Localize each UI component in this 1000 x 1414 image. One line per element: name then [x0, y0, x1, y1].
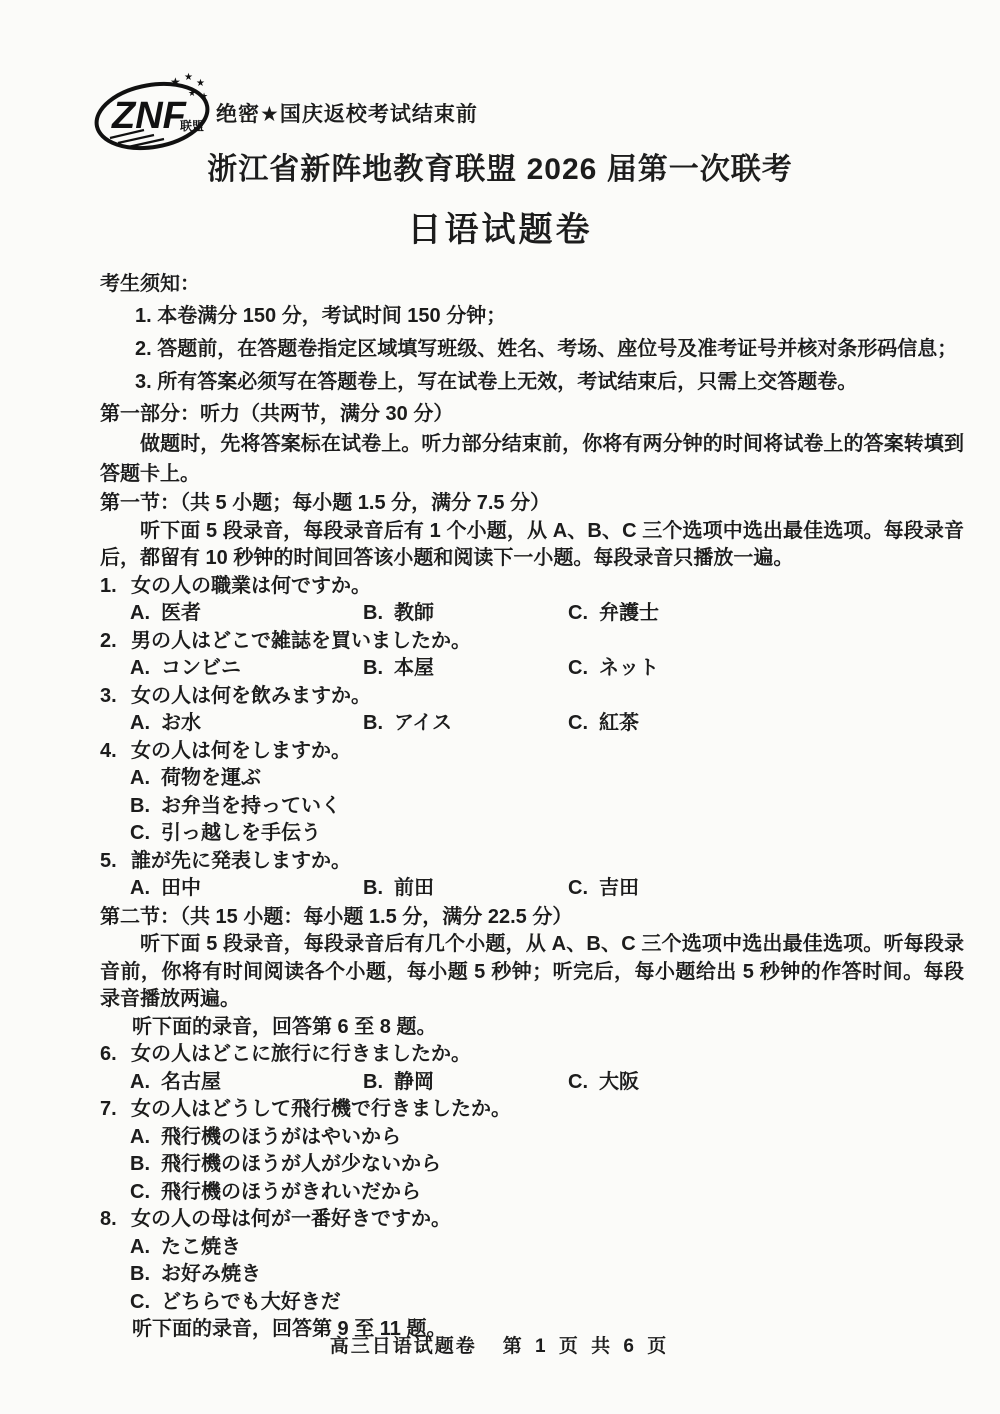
svg-text:★: ★ [196, 78, 205, 89]
question-4-option-b: B.お弁当を持っていく [100, 793, 964, 821]
question-2-number: 2. [100, 628, 131, 656]
section2-group1-instruction: 听下面的录音，回答第 6 至 8 题。 [100, 1014, 964, 1042]
question-7-option-c: C.飛行機のほうがきれいだから [100, 1179, 964, 1207]
option-text: 弁護士 [599, 602, 659, 624]
option-label: B. [130, 1151, 161, 1179]
notice-heading: 考生须知： [100, 268, 964, 300]
logo-subtext: 联盟 [180, 118, 204, 133]
option-label: C. [568, 600, 599, 628]
question-5-option-a: A.田中 [130, 875, 363, 903]
question-7-stem: 女の人はどうして飛行機で行きましたか。 [131, 1098, 511, 1120]
footer-page-info: 第 1 页 共 6 页 [503, 1336, 671, 1357]
option-text: 名古屋 [161, 1071, 221, 1093]
notice-item-1: 1. 本卷满分 150 分，考试时间 150 分钟； [100, 300, 964, 333]
option-label: C. [130, 1179, 161, 1207]
option-label: A. [130, 1234, 161, 1262]
option-text: 飛行機のほうがきれいだから [161, 1181, 421, 1203]
option-label: B. [130, 793, 161, 821]
option-label: B. [363, 875, 394, 903]
section2-intro: 听下面 5 段录音，每段录音后有几个小题，从 A、B、C 三个选项中选出最佳选项… [100, 931, 964, 1014]
option-text: ネット [599, 657, 659, 679]
svg-text:★: ★ [200, 91, 208, 101]
question-5: 5.誰が先に発表しますか。 A.田中 B.前田 C.吉田 [100, 848, 964, 903]
question-1-stem: 女の人の職業は何ですか。 [131, 575, 371, 597]
question-5-stem: 誰が先に発表しますか。 [131, 850, 351, 872]
question-8-option-b: B.お好み焼き [100, 1261, 964, 1289]
option-label: A. [130, 655, 161, 683]
question-1-option-c: C.弁護士 [568, 600, 659, 628]
option-text: コンビニ [161, 657, 241, 679]
option-text: お弁当を持っていく [161, 795, 341, 817]
question-6-stem: 女の人はどこに旅行に行きましたか。 [131, 1043, 471, 1065]
option-label: B. [363, 710, 394, 738]
logo-text: ZNF [111, 95, 188, 137]
section1-intro: 听下面 5 段录音，每段录音后有 1 个小题，从 A、B、C 三个选项中选出最佳… [100, 518, 964, 573]
exam-title: 浙江省新阵地教育联盟 2026 届第一次联考 [0, 144, 1000, 188]
part1-intro: 做题时，先将答案标在试卷上。听力部分结束前，你将有两分钟的时间将试卷上的答案转填… [100, 429, 964, 489]
option-text: たこ焼き [161, 1236, 241, 1258]
option-text: 飛行機のほうがはやいから [161, 1126, 401, 1148]
option-text: 吉田 [599, 877, 639, 899]
question-2-stem: 男の人はどこで雑誌を買いましたか。 [131, 630, 471, 652]
question-4: 4.女の人は何をしますか。 A.荷物を運ぶ B.お弁当を持っていく C.引っ越し… [100, 738, 964, 848]
question-6-option-a: A.名古屋 [130, 1069, 363, 1097]
option-label: B. [363, 600, 394, 628]
question-2-option-a: A.コンビニ [130, 655, 363, 683]
option-text: 静岡 [394, 1071, 434, 1093]
option-text: 前田 [394, 877, 434, 899]
question-4-option-c: C.引っ越しを手伝う [100, 820, 964, 848]
question-4-stem: 女の人は何をしますか。 [131, 740, 351, 762]
question-3-number: 3. [100, 683, 131, 711]
question-6-number: 6. [100, 1041, 131, 1069]
option-text: 医者 [161, 602, 201, 624]
question-5-number: 5. [100, 848, 131, 876]
section1-heading: 第一节：（共 5 小题；每小题 1.5 分，满分 7.5 分） [100, 489, 964, 518]
part1-heading: 第一部分：听力（共两节，满分 30 分） [100, 399, 964, 429]
question-4-option-a: A.荷物を運ぶ [100, 765, 964, 793]
question-7: 7.女の人はどうして飛行機で行きましたか。 A.飛行機のほうがはやいから B.飛… [100, 1096, 964, 1206]
option-text: 荷物を運ぶ [161, 767, 261, 789]
question-6-option-c: C.大阪 [568, 1069, 639, 1097]
question-1-number: 1. [100, 573, 131, 601]
question-2-option-c: C.ネット [568, 655, 659, 683]
option-label: C. [130, 1289, 161, 1317]
paper-title: 日语试题卷 [0, 202, 1000, 251]
secrecy-label: 绝密★国庆返校考试结束前 [216, 98, 478, 128]
option-label: C. [568, 655, 599, 683]
option-text: 教師 [394, 602, 434, 624]
question-1-option-a: A.医者 [130, 600, 363, 628]
option-text: お水 [161, 712, 201, 734]
option-label: B. [130, 1261, 161, 1289]
paper-body: 考生须知： 1. 本卷满分 150 分，考试时间 150 分钟； 2. 答题前，… [0, 262, 1000, 1344]
option-text: どちらでも大好きだ [161, 1291, 341, 1313]
question-5-option-b: B.前田 [363, 875, 568, 903]
header: ZNF 联盟 ★ ★ ★ ★ ★ 绝密★国庆返校考试结束前 浙江省新阵地教育联盟… [0, 0, 1000, 262]
question-5-option-c: C.吉田 [568, 875, 639, 903]
question-3-option-a: A.お水 [130, 710, 363, 738]
page-footer: 高三日语试题卷第 1 页 共 6 页 [0, 1331, 1000, 1358]
question-3-option-c: C.紅茶 [568, 710, 639, 738]
section2-heading: 第二节：（共 15 小题：每小题 1.5 分，满分 22.5 分） [100, 903, 964, 932]
question-1-option-b: B.教師 [363, 600, 568, 628]
option-text: お好み焼き [161, 1263, 261, 1285]
option-label: C. [568, 710, 599, 738]
option-label: B. [363, 655, 394, 683]
exam-paper-page: ZNF 联盟 ★ ★ ★ ★ ★ 绝密★国庆返校考试结束前 浙江省新阵地教育联盟… [0, 0, 1000, 1414]
option-label: C. [568, 1069, 599, 1097]
option-text: 紅茶 [599, 712, 639, 734]
svg-text:★: ★ [188, 88, 196, 98]
question-1: 1.女の人の職業は何ですか。 A.医者 B.教師 C.弁護士 [100, 573, 964, 628]
question-6: 6.女の人はどこに旅行に行きましたか。 A.名古屋 B.静岡 C.大阪 [100, 1041, 964, 1096]
question-3: 3.女の人は何を飲みますか。 A.お水 B.アイス C.紅茶 [100, 683, 964, 738]
option-text: 本屋 [394, 657, 434, 679]
question-7-number: 7. [100, 1096, 131, 1124]
question-2-option-b: B.本屋 [363, 655, 568, 683]
question-8: 8.女の人の母は何が一番好きですか。 A.たこ焼き B.お好み焼き C.どちらで… [100, 1206, 964, 1316]
option-text: 大阪 [599, 1071, 639, 1093]
question-4-number: 4. [100, 738, 131, 766]
notice-item-3: 3. 所有答案必须写在答题卷上，写在试卷上无效，考试结束后，只需上交答题卷。 [100, 366, 964, 399]
option-label: A. [130, 1124, 161, 1152]
notice-item-2: 2. 答题前，在答题卷指定区域填写班级、姓名、考场、座位号及准考证号并核对条形码… [100, 333, 964, 366]
question-8-number: 8. [100, 1206, 131, 1234]
option-label: A. [130, 710, 161, 738]
option-label: A. [130, 765, 161, 793]
question-8-option-c: C.どちらでも大好きだ [100, 1289, 964, 1317]
question-8-stem: 女の人の母は何が一番好きですか。 [131, 1208, 451, 1230]
question-7-option-b: B.飛行機のほうが人が少ないから [100, 1151, 964, 1179]
option-text: 田中 [161, 877, 201, 899]
question-3-stem: 女の人は何を飲みますか。 [131, 685, 371, 707]
option-label: B. [363, 1069, 394, 1097]
option-label: A. [130, 600, 161, 628]
svg-text:★: ★ [184, 72, 193, 83]
footer-doc-label: 高三日语试题卷 [330, 1336, 477, 1357]
question-6-option-b: B.静岡 [363, 1069, 568, 1097]
option-text: 引っ越しを手伝う [161, 822, 321, 844]
question-8-option-a: A.たこ焼き [100, 1234, 964, 1262]
option-text: アイス [394, 712, 452, 734]
option-label: C. [568, 875, 599, 903]
svg-text:★: ★ [170, 75, 181, 89]
option-label: A. [130, 875, 161, 903]
question-2: 2.男の人はどこで雑誌を買いましたか。 A.コンビニ B.本屋 C.ネット [100, 628, 964, 683]
question-7-option-a: A.飛行機のほうがはやいから [100, 1124, 964, 1152]
question-3-option-b: B.アイス [363, 710, 568, 738]
option-label: C. [130, 820, 161, 848]
option-text: 飛行機のほうが人が少ないから [161, 1153, 441, 1175]
option-label: A. [130, 1069, 161, 1097]
